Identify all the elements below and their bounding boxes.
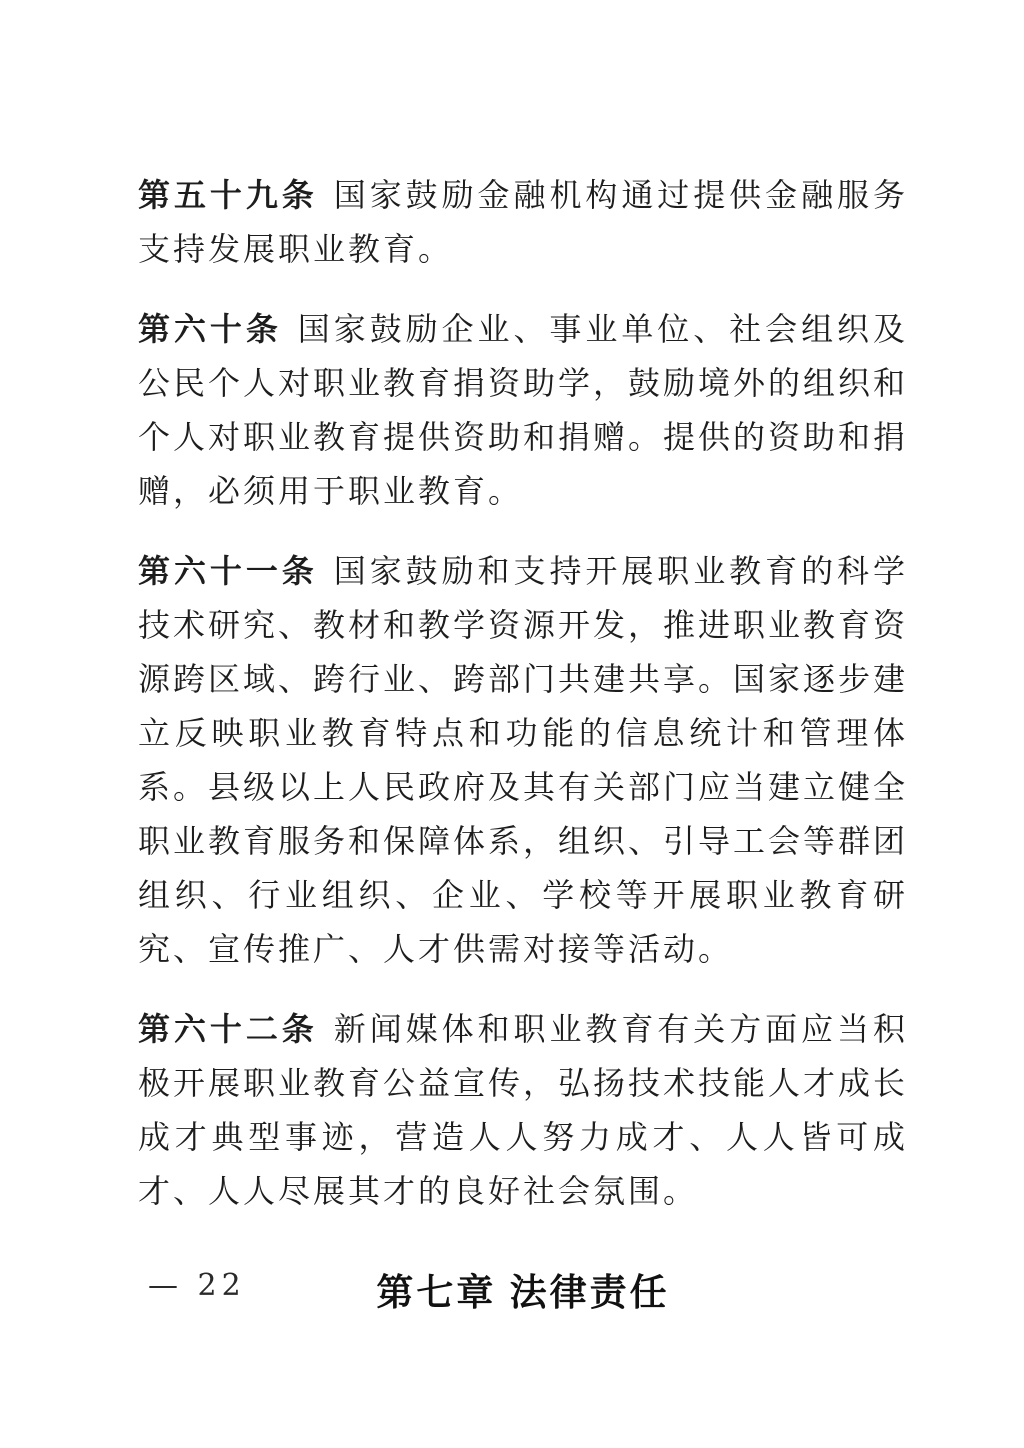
article-number: 第六十一条 [138,552,318,590]
article-number: 第六十二条 [138,1010,318,1048]
article-paragraph-60: 第六十条国家鼓励企业、事业单位、社会组织及公民个人对职业教育捐资助学，鼓励境外的… [138,302,908,518]
document-body: 第五十九条国家鼓励金融机构通过提供金融服务支持发展职业教育。 第六十条国家鼓励企… [138,168,908,1316]
article-paragraph-59: 第五十九条国家鼓励金融机构通过提供金融服务支持发展职业教育。 [138,168,908,276]
document-page: 第五十九条国家鼓励金融机构通过提供金融服务支持发展职业教育。 第六十条国家鼓励企… [0,0,1024,1448]
article-paragraph-62: 第六十二条新闻媒体和职业教育有关方面应当积极开展职业教育公益宣传，弘扬技术技能人… [138,1002,908,1218]
article-paragraph-61: 第六十一条国家鼓励和支持开展职业教育的科学技术研究、教材和教学资源开发，推进职业… [138,544,908,976]
chapter-heading: 第七章 法律责任 [138,1262,908,1316]
article-text: 国家鼓励和支持开展职业教育的科学技术研究、教材和教学资源开发，推进职业教育资源跨… [138,552,908,968]
article-number: 第五十九条 [138,176,318,214]
page-number: — 22 [148,1268,246,1303]
article-number: 第六十条 [138,310,282,348]
